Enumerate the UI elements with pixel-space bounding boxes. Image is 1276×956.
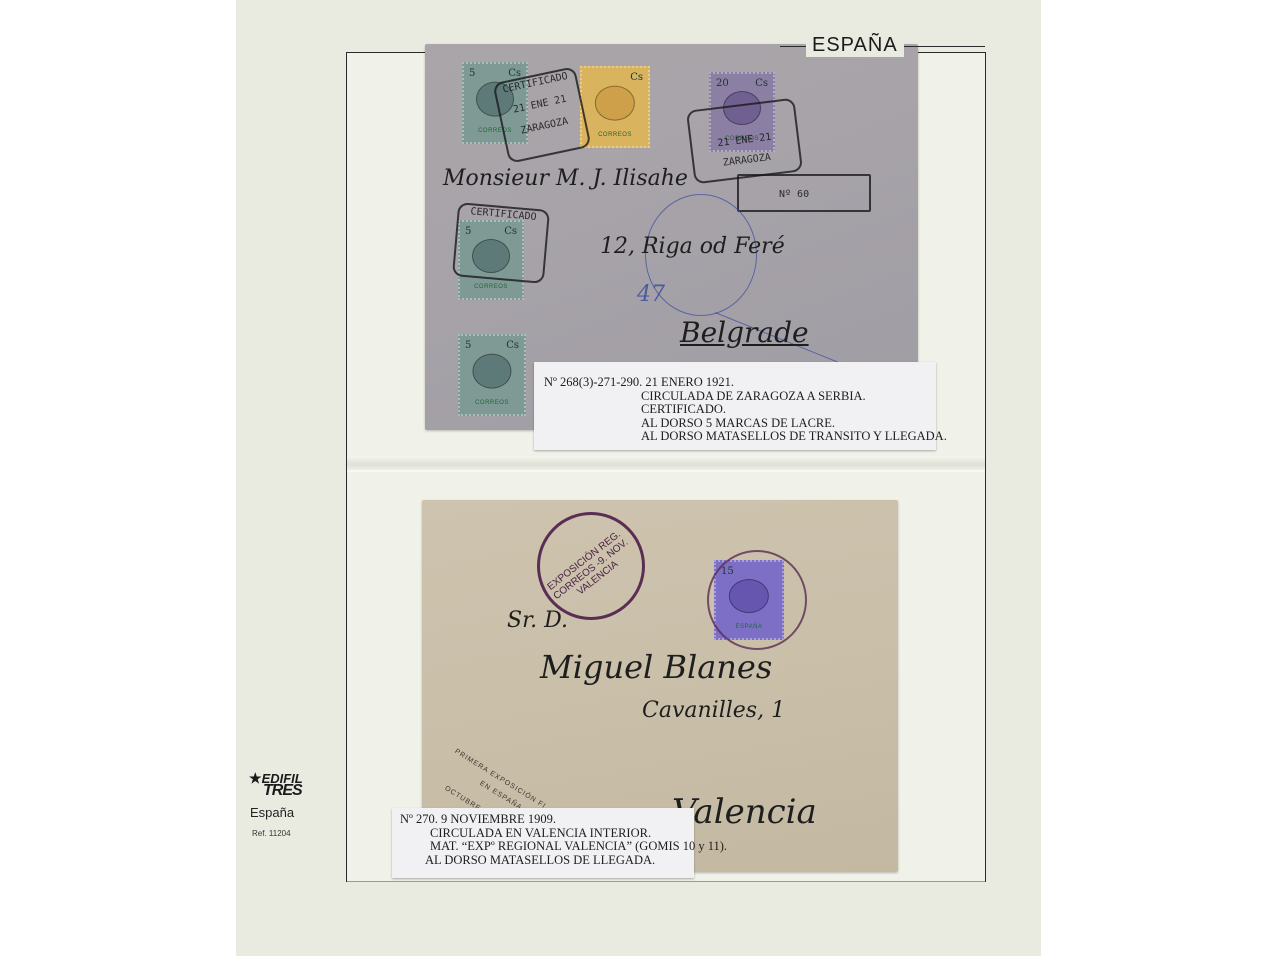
crayon-note: 47 bbox=[637, 282, 665, 307]
exposition-postmark: EXPOSICIÓN REG. CORREOS -9. NOV. VALENCI… bbox=[537, 512, 645, 620]
address-line-2: 12, Riga od Feré bbox=[600, 234, 785, 259]
king-portrait-icon bbox=[472, 354, 511, 389]
registry-number-label: Nº 60 bbox=[737, 174, 871, 212]
stamp-5c-green: 5 Cs CORREOS bbox=[458, 334, 526, 416]
publisher-country: España bbox=[250, 805, 294, 820]
publisher-logo: ★EDIFIL TRES bbox=[249, 772, 303, 797]
address-name: Miguel Blanes bbox=[540, 648, 772, 686]
address-street: Cavanilles, 1 bbox=[642, 698, 785, 723]
description-label-cover-1: Nº 268(3)-271-290. 21 ENERO 1921. CIRCUL… bbox=[534, 362, 936, 450]
country-header: ESPAÑA bbox=[806, 34, 904, 57]
registered-cancel: CERTIFICADO bbox=[452, 202, 550, 284]
publisher-reference: Ref. 11204 bbox=[252, 829, 291, 838]
description-label-cover-2: Nº 270. 9 NOVIEMBRE 1909. CIRCULADA EN V… bbox=[392, 808, 694, 878]
stamp-yellow: Cs CORREOS bbox=[580, 66, 650, 148]
correos-valencia-postmark bbox=[707, 550, 807, 650]
address-city: Belgrade bbox=[680, 316, 809, 349]
star-icon: ★ bbox=[249, 770, 262, 786]
address-line-1: Monsieur M. J. Ilisahe bbox=[443, 166, 688, 191]
registered-cancel: CERTIFICADO 21 ENE 21 ZARAGOZA bbox=[492, 66, 591, 164]
king-portrait-icon bbox=[595, 86, 635, 121]
address-salutation: Sr. D. bbox=[507, 608, 568, 633]
registered-cancel: 21 ENE 21 ZARAGOZA bbox=[686, 98, 803, 185]
